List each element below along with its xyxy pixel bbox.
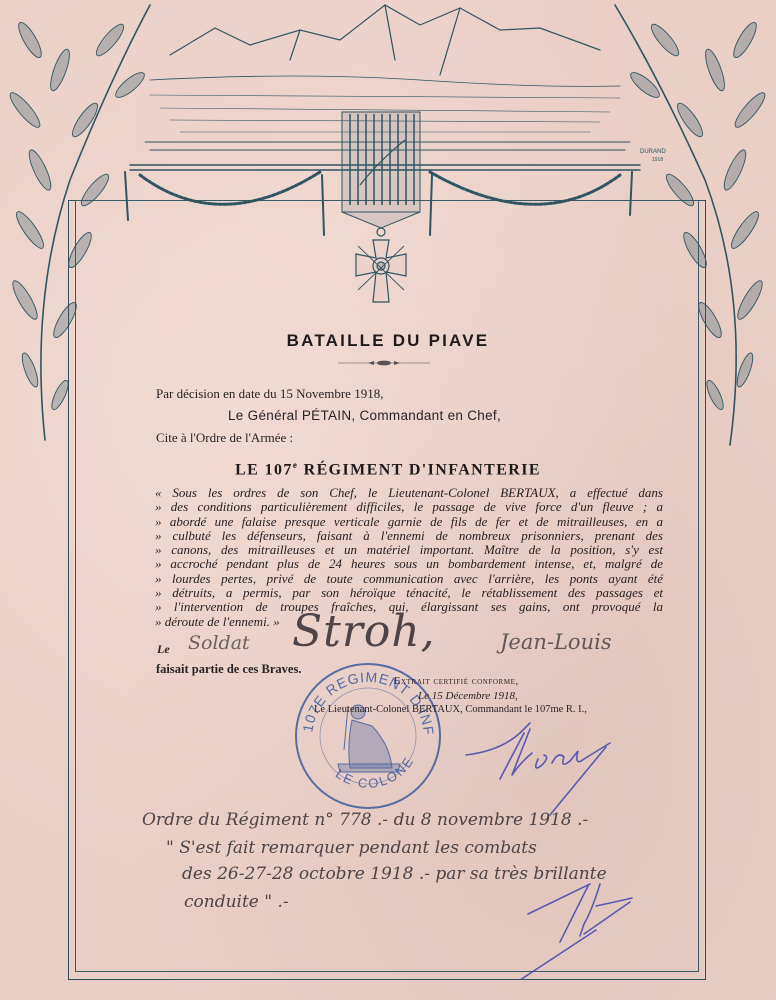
certification-date: Le 15 Décembre 1918, bbox=[418, 690, 518, 702]
citation-line: « Sous les ordres de son Chef, le Lieute… bbox=[155, 486, 663, 500]
citation-line: » abordé une falaise presque verticale g… bbox=[155, 515, 663, 529]
handwritten-order-line-2: " S'est fait remarquer pendant les comba… bbox=[166, 838, 537, 858]
cite-order-line: Cite à l'Ordre de l'Armée : bbox=[156, 430, 293, 446]
general-line: Le Général PÉTAIN, Commandant en Chef, bbox=[228, 408, 501, 423]
citation-line: » culbuté les défenseurs, faisant à l'en… bbox=[155, 529, 663, 543]
engraved-header-illustration: DURAND 1918 bbox=[0, 0, 776, 460]
citation-line: » lourdes pertes, privé de toute communi… bbox=[155, 572, 663, 586]
decision-date-line: Par décision en date du 15 Novembre 1918… bbox=[156, 386, 383, 402]
citation-line: » des conditions particulièrement diffic… bbox=[155, 500, 663, 514]
regiment-heading: LE 107e RÉGIMENT D'INFANTERIE bbox=[0, 460, 776, 479]
braves-line: faisait partie de ces Braves. bbox=[156, 662, 301, 677]
handwritten-order-line-1: Ordre du Régiment n° 778 .- du 8 novembr… bbox=[142, 810, 588, 830]
certified-extract-line: Extrait certifié conforme, bbox=[394, 676, 519, 687]
handwritten-order-line-4: conduite " .- bbox=[184, 892, 289, 912]
handwritten-rank: Soldat bbox=[188, 632, 250, 654]
certifying-officer-line: Le Lieutenant-Colonel BERTAUX, Commandan… bbox=[314, 704, 587, 715]
bertaux-signature bbox=[460, 715, 630, 825]
handwritten-firstname: Jean-Louis bbox=[500, 630, 612, 654]
croix-de-guerre-medal bbox=[356, 228, 406, 302]
le-label: Le bbox=[157, 642, 170, 657]
handwritten-surname: Stroh, bbox=[292, 606, 436, 657]
citation-line: » détruits, a permis, par son héroïque t… bbox=[155, 586, 663, 600]
artist-signature: DURAND bbox=[640, 149, 666, 155]
citation-line: » canons, des mitrailleuses et un matéri… bbox=[155, 543, 663, 557]
title-ornament-divider bbox=[338, 359, 430, 367]
svg-text:1918: 1918 bbox=[652, 157, 663, 163]
citation-line: » accroché pendant plus de 24 heures sou… bbox=[155, 557, 663, 571]
medal-ribbon bbox=[342, 112, 420, 228]
commander-initial-signature bbox=[500, 880, 660, 980]
document-title: BATAILLE DU PIAVE bbox=[0, 331, 776, 351]
